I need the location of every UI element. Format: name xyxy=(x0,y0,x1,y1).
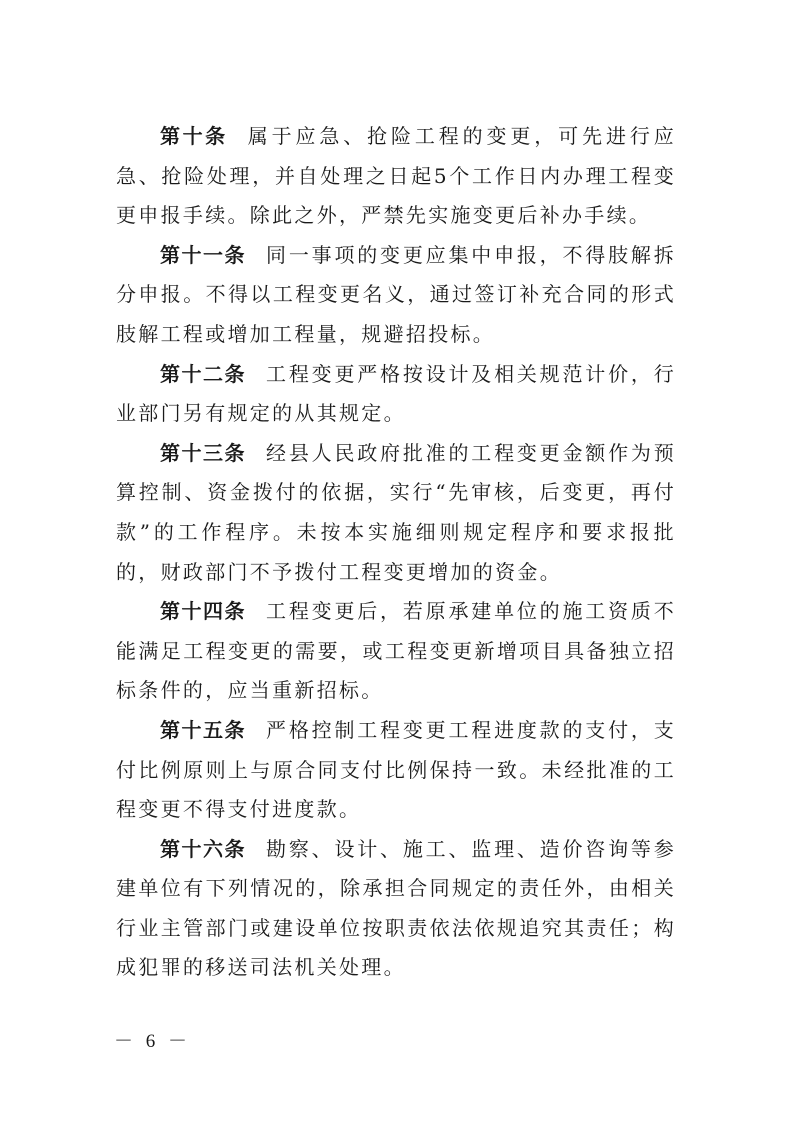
article-10: 第十条属于应急、抢险工程的变更，可先进行应急、抢险处理，并自处理之日起5个工作日… xyxy=(116,117,676,236)
document-body: 第十条属于应急、抢险工程的变更，可先进行应急、抢险处理，并自处理之日起5个工作日… xyxy=(116,117,676,988)
article-12: 第十二条工程变更严格按设计及相关规范计价，行业部门另有规定的从其规定。 xyxy=(116,355,676,434)
document-page: 第十条属于应急、抢险工程的变更，可先进行应急、抢险处理，并自处理之日起5个工作日… xyxy=(0,0,793,1121)
article-16: 第十六条勘察、设计、施工、监理、造价咨询等参建单位有下列情况的，除承担合同规定的… xyxy=(116,830,676,988)
article-label: 第十四条 xyxy=(160,599,246,623)
page-number: － 6 － xyxy=(114,1026,191,1053)
article-13: 第十三条经县人民政府批准的工程变更金额作为预算控制、资金拨付的依据，实行“先审核… xyxy=(116,434,676,592)
article-15: 第十五条严格控制工程变更工程进度款的支付，支付比例原则上与原合同支付比例保持一致… xyxy=(116,711,676,830)
article-11: 第十一条同一事项的变更应集中申报，不得肢解拆分申报。不得以工程变更名义，通过签订… xyxy=(116,236,676,355)
article-label: 第十三条 xyxy=(160,441,246,465)
article-label: 第十一条 xyxy=(160,243,246,267)
article-label: 第十二条 xyxy=(160,362,246,386)
article-label: 第十条 xyxy=(160,124,228,148)
article-14: 第十四条工程变更后，若原承建单位的施工资质不能满足工程变更的需要，或工程变更新增… xyxy=(116,592,676,711)
article-label: 第十六条 xyxy=(160,837,246,861)
article-label: 第十五条 xyxy=(160,718,246,742)
